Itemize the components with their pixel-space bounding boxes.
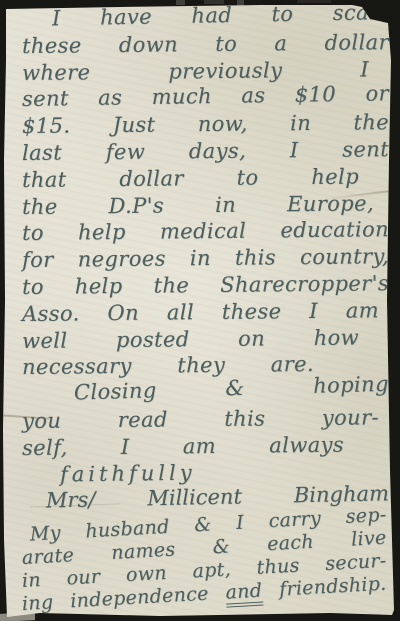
underlined-word: and [225, 580, 263, 608]
letter-line: to help the Sharecropper's [22, 270, 389, 301]
letter-body: I have had to scale these down to a doll… [22, 6, 389, 515]
letter-line: to help medical education [22, 217, 389, 248]
letter-line: these down to a dollar [22, 29, 389, 60]
postscript-text: friendship. [279, 573, 387, 601]
letter-line: I have had to scale [22, 0, 389, 33]
letter-line: for negroes in this country, [22, 243, 389, 274]
scan-edge-artifact [237, 0, 244, 6]
letter-line: $15. Just now, in the [22, 109, 389, 140]
scanned-letter-page: I have had to scale these down to a doll… [0, 0, 400, 621]
scan-edge-artifact [297, 0, 331, 3]
letter-line: sent as much as $10 or [22, 81, 389, 114]
letter-line: last few days, I sent [22, 136, 389, 167]
letter-line: that dollar to help [22, 163, 389, 194]
letter-line: Asso. On all these I am [22, 297, 389, 328]
letter-paper: I have had to scale these down to a doll… [0, 0, 400, 621]
scan-edge-artifact [176, 0, 185, 5]
letter-postscript: My husband & I carry sep- arate names & … [22, 524, 387, 616]
letter-line: you read this your- [22, 404, 389, 435]
scan-edge-artifact [204, 0, 224, 4]
